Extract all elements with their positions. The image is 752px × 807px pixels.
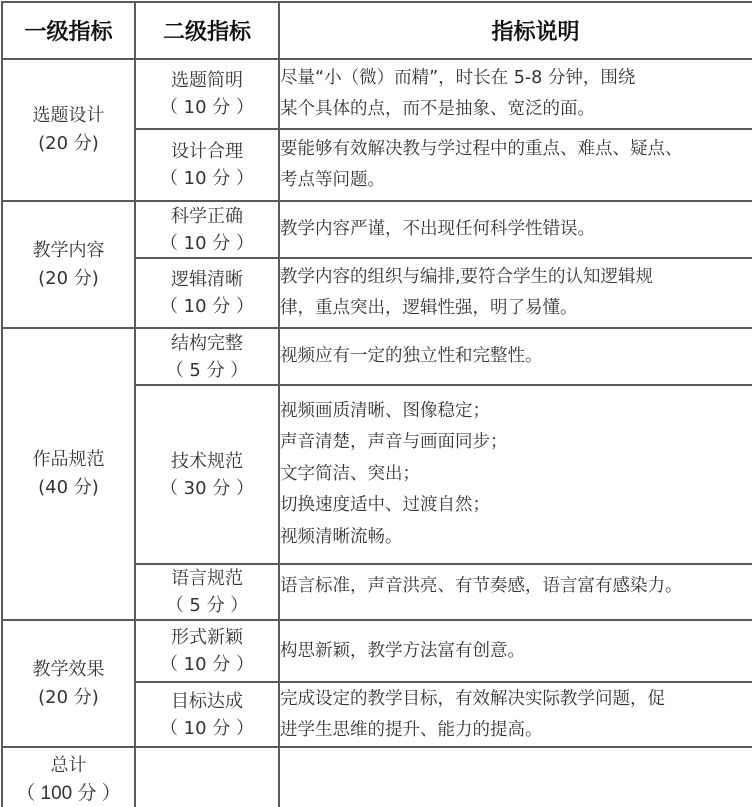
description-line: 视频画质清晰、图像稳定； bbox=[280, 396, 752, 428]
total-level2-empty bbox=[135, 747, 279, 807]
table-row: 教学效果 (20 分) 形式新颖 （ 10 分 ） 构思新颖，教学方法富有创意。 bbox=[2, 620, 752, 682]
level2-name: 选题简明 bbox=[136, 67, 278, 94]
description-cell: 构思新颖，教学方法富有创意。 bbox=[279, 620, 752, 682]
level2-cell: 技术规范 （ 30 分 ） bbox=[135, 385, 279, 564]
level2-name: 形式新颖 bbox=[136, 624, 278, 651]
table-row: 作品规范 (40 分) 结构完整 （ 5 分 ） 视频应有一定的独立性和完整性。 bbox=[2, 328, 752, 385]
level2-score: （ 10 分 ） bbox=[136, 715, 278, 742]
level1-name: 作品规范 bbox=[3, 446, 134, 474]
level2-name: 语言规范 bbox=[136, 565, 278, 592]
description-line: 构思新颖，教学方法富有创意。 bbox=[280, 636, 752, 667]
level2-name: 科学正确 bbox=[136, 203, 278, 230]
description-line: 律，重点突出，逻辑性强，明了易懂。 bbox=[280, 293, 752, 324]
description-cell: 教学内容的组织与编排,要符合学生的认知逻辑规 律，重点突出，逻辑性强，明了易懂。 bbox=[279, 258, 752, 328]
description-line: 考点等问题。 bbox=[280, 165, 752, 196]
description-line: 教学内容的组织与编排,要符合学生的认知逻辑规 bbox=[280, 262, 752, 293]
level1-score: (40 分) bbox=[3, 474, 134, 502]
level2-cell: 语言规范 （ 5 分 ） bbox=[135, 564, 279, 620]
total-row: 总计 （ 100 分 ） bbox=[2, 747, 752, 807]
level2-score: （ 5 分 ） bbox=[136, 357, 278, 384]
description-line: 声音清楚，声音与画面同步； bbox=[280, 427, 752, 459]
header-level1: 一级指标 bbox=[2, 2, 135, 59]
description-line: 某个具体的点，而不是抽象、宽泛的面。 bbox=[280, 94, 752, 125]
description-cell: 完成设定的教学目标，有效解决实际教学问题，促 进学生思维的提升、能力的提高。 bbox=[279, 682, 752, 747]
description-cell: 要能够有效解决教与学过程中的重点、难点、疑点、 考点等问题。 bbox=[279, 129, 752, 201]
level2-score: （ 10 分 ） bbox=[136, 651, 278, 678]
description-cell: 语言标准，声音洪亮、有节奏感，语言富有感染力。 bbox=[279, 564, 752, 620]
level2-name: 技术规范 bbox=[136, 448, 278, 475]
level2-name: 目标达成 bbox=[136, 688, 278, 715]
level1-cell: 教学内容 (20 分) bbox=[2, 201, 135, 328]
level1-name: 教学内容 bbox=[3, 237, 134, 265]
level2-score: （ 10 分 ） bbox=[136, 293, 278, 320]
header-level2: 二级指标 bbox=[135, 2, 279, 59]
description-line: 视频应有一定的独立性和完整性。 bbox=[280, 341, 752, 372]
level2-cell: 目标达成 （ 10 分 ） bbox=[135, 682, 279, 747]
level2-cell: 形式新颖 （ 10 分 ） bbox=[135, 620, 279, 682]
total-score: （ 100 分 ） bbox=[3, 780, 134, 807]
level2-cell: 逻辑清晰 （ 10 分 ） bbox=[135, 258, 279, 328]
level2-name: 设计合理 bbox=[136, 138, 278, 165]
description-line: 要能够有效解决教与学过程中的重点、难点、疑点、 bbox=[280, 134, 752, 165]
level1-score: (20 分) bbox=[3, 265, 134, 293]
description-line: 完成设定的教学目标，有效解决实际教学问题，促 bbox=[280, 684, 752, 715]
table-row: 选题设计 (20 分) 选题简明 （ 10 分 ） 尽量“小（微）而精”，时长在… bbox=[2, 59, 752, 129]
description-cell: 教学内容严谨，不出现任何科学性错误。 bbox=[279, 201, 752, 258]
level2-name: 逻辑清晰 bbox=[136, 266, 278, 293]
header-description: 指标说明 bbox=[279, 2, 752, 59]
level2-cell: 设计合理 （ 10 分 ） bbox=[135, 129, 279, 201]
level1-cell: 作品规范 (40 分) bbox=[2, 328, 135, 620]
level1-name: 教学效果 bbox=[3, 656, 134, 684]
level2-score: （ 10 分 ） bbox=[136, 165, 278, 192]
level2-cell: 科学正确 （ 10 分 ） bbox=[135, 201, 279, 258]
total-cell: 总计 （ 100 分 ） bbox=[2, 747, 135, 807]
level2-score: （ 5 分 ） bbox=[136, 592, 278, 619]
level1-cell: 教学效果 (20 分) bbox=[2, 620, 135, 747]
description-line: 进学生思维的提升、能力的提高。 bbox=[280, 715, 752, 746]
description-line: 文字简洁、突出； bbox=[280, 459, 752, 491]
level2-name: 结构完整 bbox=[136, 330, 278, 357]
description-cell: 视频应有一定的独立性和完整性。 bbox=[279, 328, 752, 385]
total-description-empty bbox=[279, 747, 752, 807]
rubric-table: 一级指标 二级指标 指标说明 选题设计 (20 分) 选题简明 （ 10 分 ）… bbox=[1, 1, 752, 807]
description-cell: 尽量“小（微）而精”，时长在 5-8 分钟，围绕 某个具体的点，而不是抽象、宽泛… bbox=[279, 59, 752, 129]
description-line: 尽量“小（微）而精”，时长在 5-8 分钟，围绕 bbox=[280, 63, 752, 94]
level1-name: 选题设计 bbox=[3, 102, 134, 130]
level1-score: (20 分) bbox=[3, 684, 134, 712]
header-row: 一级指标 二级指标 指标说明 bbox=[2, 2, 752, 59]
level2-cell: 结构完整 （ 5 分 ） bbox=[135, 328, 279, 385]
description-cell: 视频画质清晰、图像稳定； 声音清楚，声音与画面同步； 文字简洁、突出； 切换速度… bbox=[279, 385, 752, 564]
level2-cell: 选题简明 （ 10 分 ） bbox=[135, 59, 279, 129]
level1-score: (20 分) bbox=[3, 130, 134, 158]
level2-score: （ 10 分 ） bbox=[136, 230, 278, 257]
level1-cell: 选题设计 (20 分) bbox=[2, 59, 135, 201]
table-row: 教学内容 (20 分) 科学正确 （ 10 分 ） 教学内容严谨，不出现任何科学… bbox=[2, 201, 752, 258]
total-label: 总计 bbox=[3, 752, 134, 780]
level2-score: （ 30 分 ） bbox=[136, 475, 278, 502]
description-line: 切换速度适中、过渡自然； bbox=[280, 490, 752, 522]
description-line: 视频清晰流畅。 bbox=[280, 522, 752, 554]
level2-score: （ 10 分 ） bbox=[136, 94, 278, 121]
description-line: 教学内容严谨，不出现任何科学性错误。 bbox=[280, 214, 752, 245]
description-line: 语言标准，声音洪亮、有节奏感，语言富有感染力。 bbox=[280, 571, 752, 602]
